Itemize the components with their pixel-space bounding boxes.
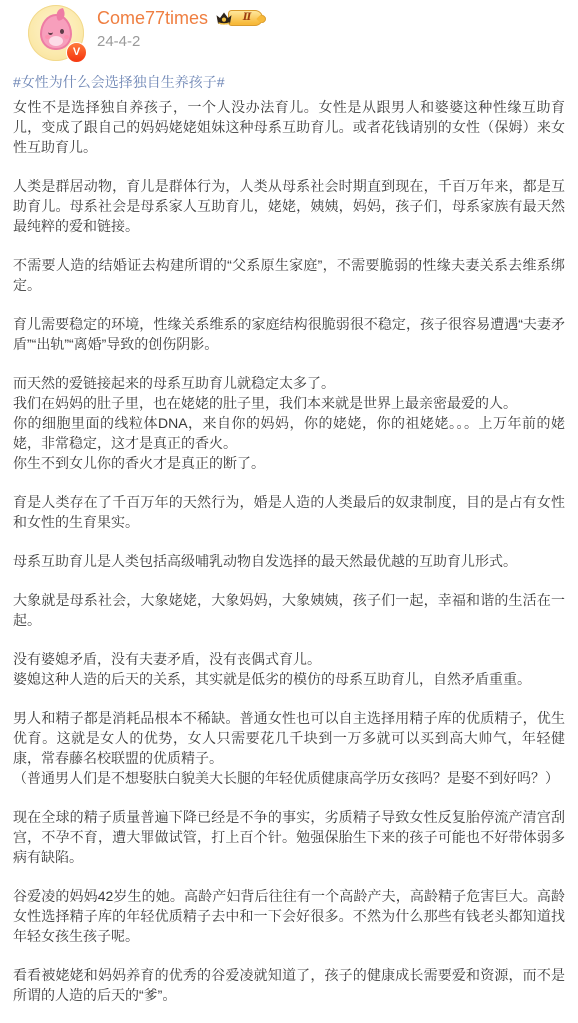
post-content: #女性为什么会选择独自生养孩子# 女性不是选择独自养孩子，一个人没办法育儿。女性…: [0, 63, 578, 1005]
avatar-character-belly: [49, 36, 63, 46]
avatar-character: [40, 14, 72, 50]
avatar-wink-eye: [48, 29, 53, 35]
topic-link[interactable]: #女性为什么会选择独自生养孩子#: [13, 74, 225, 90]
post-date: 24-4-2: [97, 34, 263, 50]
post-paragraph: 人类是群居动物，育儿是群体行为，人类从母系社会时期直到现在，千百万年来，都是互助…: [13, 176, 565, 236]
post-body: 女性不是选择独自养孩子，一个人没办法育儿。女性是从跟男人和婆婆这种性缘互助育儿，…: [13, 97, 565, 1005]
post-paragraph: 谷爱凌的妈妈42岁生的她。高龄产妇背后往往有一个高龄产夫，高龄精子危害巨大。高龄…: [13, 886, 565, 946]
crown-icon: [215, 11, 233, 26]
post-paragraph: 母系互助育儿是人类包括高级哺乳动物自发选择的最天然最优越的互助育儿形式。: [13, 551, 565, 571]
post-paragraph: 而天然的爱链接起来的母系互助育儿就稳定太多了。我们在妈妈的肚子里，也在姥姥的肚子…: [13, 373, 565, 473]
post-paragraph: 现在全球的精子质量普遍下降已经是不争的事实，劣质精子导致女性反复胎停流产清宫刮宫…: [13, 807, 565, 867]
vip-membership-badge[interactable]: Ⅱ: [215, 10, 263, 26]
topic-line: #女性为什么会选择独自生养孩子#: [13, 72, 565, 92]
vip-level-label: Ⅱ: [228, 10, 263, 26]
weibo-post: V Come77times Ⅱ 24-4-2 #女性为什么会选择独自生养孩子# …: [0, 0, 578, 1023]
post-paragraph: 男人和精子都是消耗品根本不稀缺。普通女性也可以自主选择用精子库的优质精子，优生优…: [13, 708, 565, 788]
avatar-cheek: [64, 35, 69, 39]
post-paragraph: 没有婆媳矛盾，没有夫妻矛盾，没有丧偶式育儿。婆媳这种人造的后天的关系，其实就是低…: [13, 649, 565, 689]
username[interactable]: Come77times: [97, 8, 208, 28]
avatar-eye: [60, 29, 64, 34]
post-paragraph: 育儿需要稳定的环境，性缘关系维系的家庭结构很脆弱很不稳定，孩子很容易遭遇“夫妻矛…: [13, 314, 565, 354]
post-paragraph: 大象就是母系社会，大象姥姥，大象妈妈，大象姨姨，孩子们一起，幸福和谐的生活在一起…: [13, 590, 565, 630]
avatar-character-tip: [55, 8, 67, 21]
post-paragraph: 看看被姥姥和妈妈养育的优秀的谷爱凌就知道了，孩子的健康成长需要爱和资源，而不是所…: [13, 965, 565, 1005]
post-paragraph: 女性不是选择独自养孩子，一个人没办法育儿。女性是从跟男人和婆婆这种性缘互助育儿，…: [13, 97, 565, 157]
post-paragraph: 不需要人造的结婚证去构建所谓的“父系原生家庭”，不需要脆弱的性缘夫妻关系去维系绑…: [13, 255, 565, 295]
user-meta: Come77times Ⅱ 24-4-2: [97, 5, 263, 50]
avatar[interactable]: V: [28, 5, 84, 61]
verified-v-icon: V: [66, 42, 87, 63]
post-paragraph: 育是人类存在了千百万年的天然行为，婚是人造的人类最后的奴隶制度，目的是占有女性和…: [13, 492, 565, 532]
post-header: V Come77times Ⅱ 24-4-2: [0, 0, 578, 63]
